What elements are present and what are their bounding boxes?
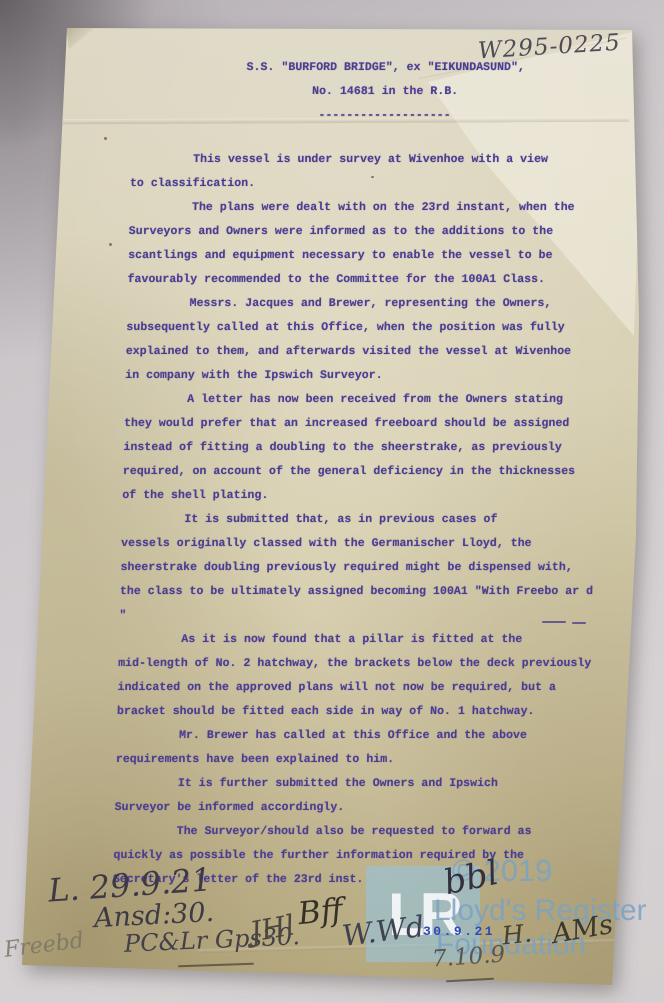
letter-paragraph: It is further submitted the Owners and I… xyxy=(114,772,597,820)
letter-paragraph: This vessel is under survey at Wivenhoe … xyxy=(130,148,613,196)
letter-paragraph: As it is now found that a pillar is fitt… xyxy=(117,628,601,724)
letter-paragraph: It is submitted that, as in previous cas… xyxy=(119,508,604,628)
paper-surface: S.S. "BURFORD BRIDGE", ex "EIKUNDASUND",… xyxy=(8,16,656,992)
letter-paragraph: The plans were dealt with on the 23rd in… xyxy=(127,196,611,292)
letter-title-line-2: No. 14681 in the R.B. xyxy=(132,80,615,104)
archive-photo: S.S. "BURFORD BRIDGE", ex "EIKUNDASUND",… xyxy=(0,0,664,1003)
pen-underline-mark xyxy=(572,622,586,624)
document-paper: S.S. "BURFORD BRIDGE", ex "EIKUNDASUND",… xyxy=(8,16,656,992)
handwritten-initials: H. xyxy=(501,919,534,951)
pen-underline-mark xyxy=(542,621,566,623)
typed-letter: S.S. "BURFORD BRIDGE", ex "EIKUNDASUND",… xyxy=(113,56,615,892)
letter-paragraph: A letter has now been received from the … xyxy=(122,388,607,508)
handwritten-pencil-date: 7.10.9 xyxy=(431,941,506,972)
paper-speck xyxy=(104,137,107,140)
date-stamp: 30.9.21 xyxy=(423,924,495,939)
paper-dogear-fold xyxy=(66,27,96,49)
letter-paragraph: Messrs. Jacques and Brewer, representing… xyxy=(125,292,609,388)
letter-paragraph: Mr. Brewer has called at this Office and… xyxy=(116,724,599,772)
paper-speck xyxy=(109,243,112,246)
letter-title-rule: ------------------- xyxy=(131,104,614,128)
handwritten-initials: Bff xyxy=(296,892,344,932)
